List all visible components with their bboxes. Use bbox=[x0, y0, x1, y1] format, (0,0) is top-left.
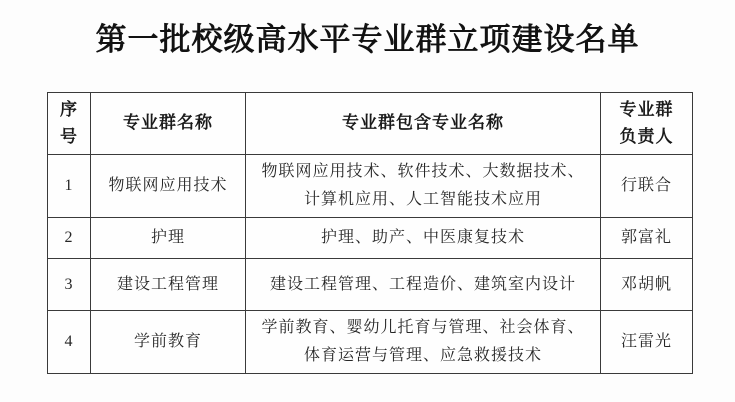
table-row: 4 学前教育 学前教育、婴幼儿托育与管理、社会体育、 体育运营与管理、应急救援技… bbox=[48, 311, 693, 374]
table-row: 1 物联网应用技术 物联网应用技术、软件技术、大数据技术、 计算机应用、人工智能… bbox=[48, 155, 693, 218]
header-cell-included-majors: 专业群包含专业名称 bbox=[246, 93, 601, 155]
cell-group-name: 学前教育 bbox=[91, 311, 246, 374]
cell-serial: 1 bbox=[48, 155, 91, 218]
cell-included-majors: 物联网应用技术、软件技术、大数据技术、 计算机应用、人工智能技术应用 bbox=[246, 155, 601, 218]
cell-leader: 行联合 bbox=[601, 155, 693, 218]
cell-serial: 2 bbox=[48, 218, 91, 259]
header-cell-group-name: 专业群名称 bbox=[91, 93, 246, 155]
document-title: 第一批校级高水平专业群立项建设名单 bbox=[0, 14, 735, 59]
header-cell-leader: 专业群 负责人 bbox=[601, 93, 693, 155]
cell-included-majors: 建设工程管理、工程造价、建筑室内设计 bbox=[246, 259, 601, 311]
cell-included-majors: 护理、助产、中医康复技术 bbox=[246, 218, 601, 259]
table-header-row: 序 号 专业群名称 专业群包含专业名称 专业群 负责人 bbox=[48, 93, 693, 155]
cell-group-name: 物联网应用技术 bbox=[91, 155, 246, 218]
cell-leader: 邓胡帆 bbox=[601, 259, 693, 311]
header-cell-serial: 序 号 bbox=[48, 93, 91, 155]
cell-leader: 郭富礼 bbox=[601, 218, 693, 259]
cell-leader: 汪雷光 bbox=[601, 311, 693, 374]
cell-group-name: 护理 bbox=[91, 218, 246, 259]
table-row: 3 建设工程管理 建设工程管理、工程造价、建筑室内设计 邓胡帆 bbox=[48, 259, 693, 311]
cell-included-majors: 学前教育、婴幼儿托育与管理、社会体育、 体育运营与管理、应急救援技术 bbox=[246, 311, 601, 374]
table-row: 2 护理 护理、助产、中医康复技术 郭富礼 bbox=[48, 218, 693, 259]
cell-group-name: 建设工程管理 bbox=[91, 259, 246, 311]
majors-table: 序 号 专业群名称 专业群包含专业名称 专业群 负责人 1 物联网应用技术 物联… bbox=[47, 92, 693, 374]
cell-serial: 4 bbox=[48, 311, 91, 374]
cell-serial: 3 bbox=[48, 259, 91, 311]
